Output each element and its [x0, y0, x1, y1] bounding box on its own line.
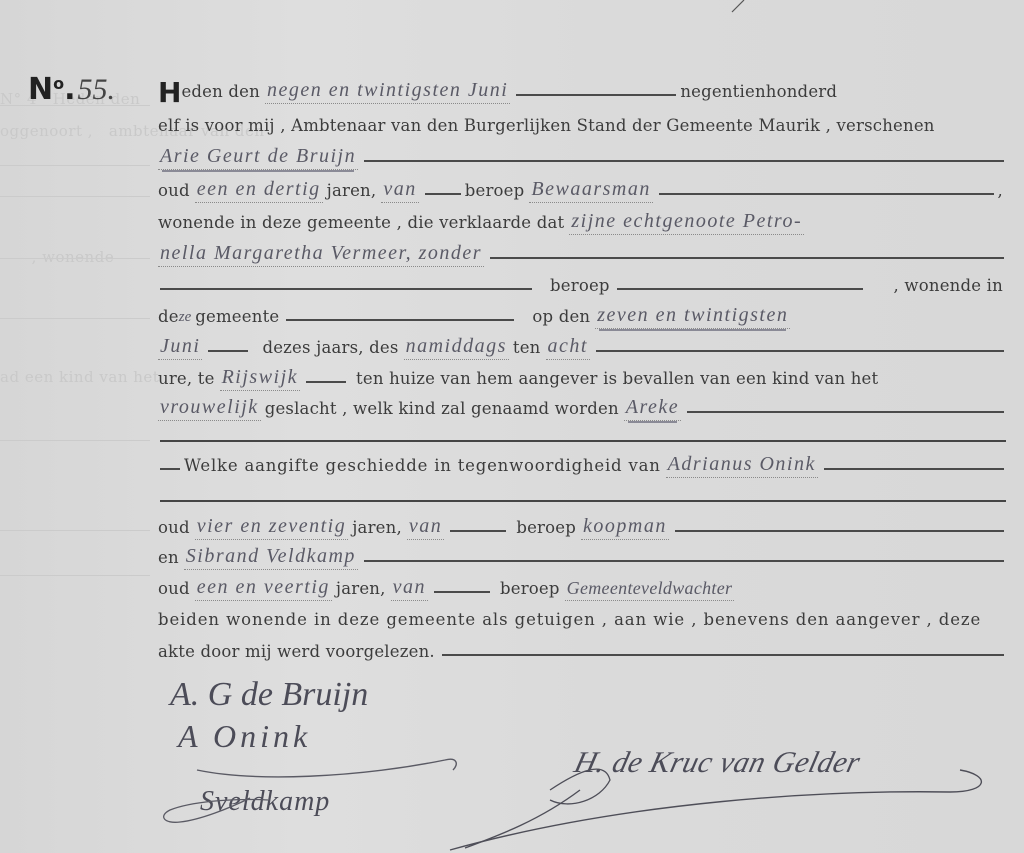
- printed-text: eden den: [181, 84, 265, 105]
- handwritten-age: een en dertig: [195, 179, 323, 203]
- act-number: N o . 55.: [28, 72, 115, 107]
- handwritten-witness1: Adrianus Onink: [666, 454, 818, 478]
- act-number-value: 55.: [78, 73, 116, 107]
- signature-flourish: [195, 752, 465, 782]
- line-birth-place: ure, te Rijswijk ten huize van hem aange…: [158, 363, 1008, 391]
- fill-rule: [434, 591, 490, 593]
- fill-rule: [208, 350, 248, 352]
- handwritten-hour: acht: [546, 336, 590, 360]
- fill-rule: [675, 530, 1004, 532]
- printed-text: jaren,: [327, 183, 382, 204]
- printed-text: jaren,: [336, 581, 391, 602]
- handwritten-van: van: [407, 516, 444, 540]
- blank-rule: [160, 440, 1006, 442]
- printed-text: beroep: [500, 581, 565, 602]
- handwritten-month: Juni: [158, 336, 202, 360]
- handwritten-child-name: Areke: [624, 397, 681, 421]
- bleed-through-rule: [0, 530, 150, 531]
- printed-text: oud: [158, 183, 195, 204]
- fill-rule: [490, 257, 1004, 259]
- printed-text: ten huize van hem aangever is bevallen v…: [356, 371, 883, 392]
- bleed-through-rule: [0, 575, 150, 576]
- line-registrar: elf is voor mij , Ambtenaar van den Burg…: [158, 110, 1008, 138]
- line-witness2: en Sibrand Veldkamp: [158, 542, 1008, 570]
- fill-rule: [617, 288, 863, 290]
- fill-rule: [364, 160, 1004, 162]
- handwritten-daypart: namiddags: [404, 336, 509, 360]
- line-spouse: wonende in deze gemeente , die verklaard…: [158, 207, 1008, 235]
- line-spouse-name: nella Margaretha Vermeer, zonder: [158, 239, 1008, 267]
- line-read-aloud: akte door mij werd voorgelezen.: [158, 636, 1008, 664]
- line-witnesses-residence: beiden wonende in deze gemeente als getu…: [158, 604, 1008, 632]
- printed-text: beroep: [465, 183, 530, 204]
- bleed-through-rule: [0, 165, 150, 166]
- handwritten-date: negen en twintigsten Juni: [265, 80, 510, 104]
- handwritten-spouse-name: nella Margaretha Vermeer, zonder: [158, 243, 484, 267]
- line-witness1-age: oud vier en zeventig jaren, van beroep k…: [158, 512, 1008, 540]
- fill-rule: [687, 411, 1004, 413]
- handwritten-occupation: koopman: [581, 516, 669, 540]
- fill-rule: [596, 350, 1004, 352]
- handwritten-spouse: zijne echtgenoote Petro-: [569, 211, 804, 235]
- blank-rule: [160, 500, 1006, 502]
- handwritten-place: Rijswijk: [220, 367, 300, 391]
- handwritten-witness2: Sibrand Veldkamp: [184, 546, 358, 570]
- fill-rule: [364, 560, 1004, 562]
- handwritten-declarant-name: Arie Geurt de Bruijn: [158, 146, 358, 170]
- printed-text: ten: [513, 340, 546, 361]
- signature-flourish: [160, 792, 270, 832]
- printed-text: ure, te: [158, 371, 220, 392]
- line-child-name: vrouwelijk geslacht , welk kind zal gena…: [158, 393, 1008, 421]
- bleed-through-rule: [0, 196, 150, 197]
- fill-rule: [286, 319, 514, 321]
- fill-rule: [659, 193, 994, 195]
- line-declarant-name: Arie Geurt de Bruijn: [158, 142, 1008, 170]
- act-number-dot: .: [64, 72, 75, 107]
- fill-rule: [425, 193, 461, 195]
- printed-text: de: [158, 309, 179, 330]
- printed-text: geslacht , welk kind zal genaamd worden: [265, 401, 624, 422]
- handwritten-birth-day: zeven en twintigsten: [595, 305, 790, 329]
- bleed-through-rule: [0, 440, 150, 441]
- signature-flourish: [430, 740, 990, 850]
- bleed-through-rule: [0, 258, 150, 259]
- line-witness2-age: oud een en veertig jaren, van beroep Gem…: [158, 573, 1008, 601]
- fill-rule: [160, 288, 532, 290]
- handwritten-occupation: Bewaarsman: [529, 179, 652, 203]
- handwritten-age: een en veertig: [195, 577, 332, 601]
- signature-declarant: A. G de Bruijn: [170, 676, 368, 714]
- line-spouse-occupation: beroep , wonende in: [158, 270, 1008, 298]
- fill-rule: [824, 468, 1004, 470]
- fill-rule: [306, 381, 346, 383]
- handwritten-age: vier en zeventig: [195, 516, 349, 540]
- printed-text: ,: [998, 183, 1008, 204]
- fill-rule: [516, 94, 676, 96]
- line-witness1: Welke aangifte geschiedde in tegenwoordi…: [158, 450, 1008, 478]
- printed-text: op den: [532, 309, 595, 330]
- printed-text: akte door mij werd voorgelezen.: [158, 644, 440, 665]
- printed-text: Welke aangifte geschiedde in tegenwoordi…: [184, 458, 666, 479]
- bleed-through-text: , wonende: [0, 248, 114, 266]
- printed-text: wonende in deze gemeente , die verklaard…: [158, 215, 569, 236]
- printed-text: oud: [158, 520, 195, 541]
- line-birth-date: de ze gemeente op den zeven en twintigst…: [158, 301, 1008, 329]
- printed-text: elf is voor mij , Ambtenaar van den Burg…: [158, 118, 940, 139]
- printed-text: beroep: [550, 278, 615, 299]
- line-date: H eden den negen en twintigsten Juni neg…: [158, 76, 1008, 104]
- handwritten-van: van: [391, 577, 428, 601]
- bleed-through-rule: [0, 318, 150, 319]
- fill-rule: [450, 530, 506, 532]
- signature-witness1: A Onink: [178, 718, 311, 755]
- handwritten-occupation: Gemeenteveldwachter: [565, 579, 735, 601]
- printed-text: negentienhonderd: [680, 84, 842, 105]
- printed-text: jaren,: [352, 520, 407, 541]
- initial-capital: H: [158, 82, 181, 104]
- line-birth-time: Juni dezes jaars, des namiddags ten acht: [158, 332, 1008, 360]
- printed-text: , wonende in: [894, 278, 1008, 299]
- fill-rule: [442, 654, 1004, 656]
- act-number-superscript: o: [53, 74, 64, 93]
- bleed-through-text: ad een kind van het: [0, 368, 159, 386]
- handwritten-van: van: [381, 179, 418, 203]
- fill-rule: [160, 468, 180, 470]
- line-declarant-age: oud een en dertig jaren, van beroep Bewa…: [158, 175, 1008, 203]
- printed-text: beroep: [516, 520, 581, 541]
- pen-stroke: [730, 0, 750, 14]
- handwritten-ze: ze: [179, 310, 192, 329]
- printed-text: oud: [158, 581, 195, 602]
- act-number-label: N: [28, 72, 53, 107]
- printed-text: dezes jaars, des: [262, 340, 403, 361]
- handwritten-sex: vrouwelijk: [158, 397, 261, 421]
- printed-text: en: [158, 550, 184, 571]
- printed-text: gemeente: [195, 309, 284, 330]
- printed-text: beiden wonende in deze gemeente als getu…: [158, 612, 986, 633]
